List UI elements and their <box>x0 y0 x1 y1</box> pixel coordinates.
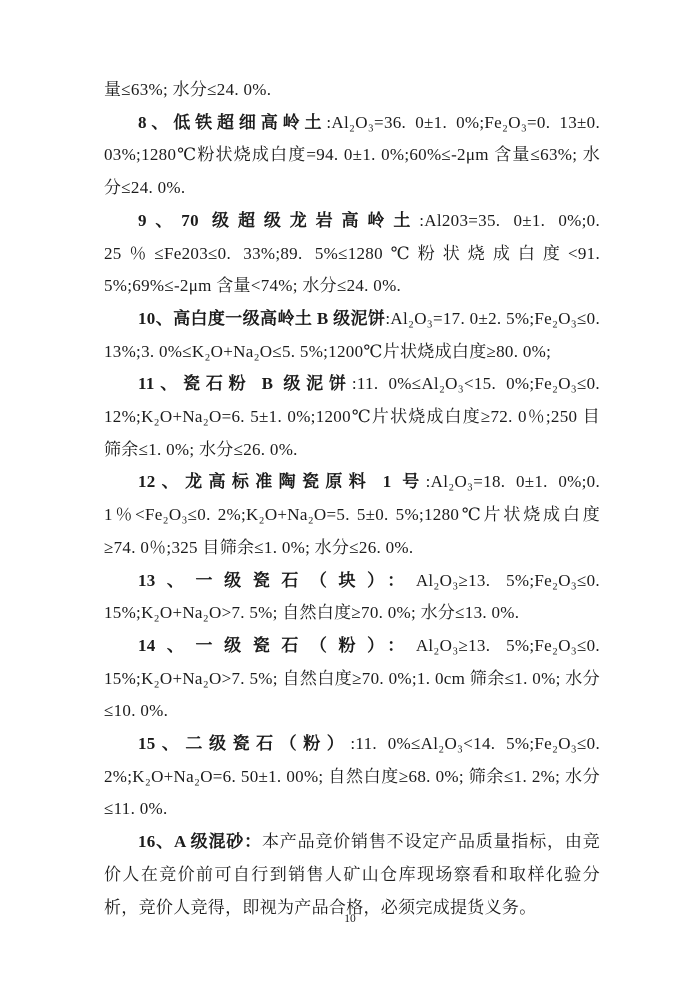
spec-item-9: 9、70 级超级龙岩高岭土:Al203=35. 0±1. 0%;0. 25％≤F… <box>104 205 600 303</box>
paragraph-text: 量≤63%; 水分≤24. 0%. <box>104 80 271 99</box>
item-lead: 14、一级瓷石（粉）： <box>138 636 416 655</box>
spec-item-12: 12、龙高标准陶瓷原料 1 号:Al₂O₃=18. 0±1. 0%;0. 1％<… <box>104 466 600 564</box>
document-page: 量≤63%; 水分≤24. 0%. 8、低铁超细高岭土:Al₂O₃=36. 0±… <box>0 0 700 990</box>
item-lead: 8、低铁超细高岭土 <box>138 113 326 132</box>
spec-item-15: 15、二级瓷石（粉）:11. 0%≤Al₂O₃<14. 5%;Fe₂O₃≤0. … <box>104 728 600 826</box>
spec-item-13: 13、一级瓷石（块）：Al₂O₃≥13. 5%;Fe₂O₃≤0. 15%;K₂O… <box>104 565 600 630</box>
spec-item-16: 16、A 级混砂：本产品竞价销售不设定产品质量指标，由竞价人在竞价前可自行到销售… <box>104 826 600 924</box>
item-lead: 13、一级瓷石（块）： <box>138 571 416 590</box>
item-lead: 15、二级瓷石（粉） <box>138 734 350 753</box>
spec-item-14: 14、一级瓷石（粉）：Al₂O₃≥13. 5%;Fe₂O₃≤0. 15%;K₂O… <box>104 630 600 728</box>
item-lead: 10、高白度一级高岭土 B 级泥饼 <box>138 309 385 328</box>
item-lead: 11、瓷石粉 B 级泥饼 <box>138 374 352 393</box>
spec-item-8: 8、低铁超细高岭土:Al₂O₃=36. 0±1. 0%;Fe₂O₃=0. 13±… <box>104 107 600 205</box>
spec-item-10: 10、高白度一级高岭土 B 级泥饼:Al₂O₃=17. 0±2. 5%;Fe₂O… <box>104 303 600 368</box>
item-lead: 12、龙高标准陶瓷原料 1 号 <box>138 472 426 491</box>
item-lead: 9、70 级超级龙岩高岭土 <box>138 211 419 230</box>
item-lead: 16、A 级混砂： <box>138 832 262 851</box>
paragraph-continuation: 量≤63%; 水分≤24. 0%. <box>104 74 600 107</box>
document-body: 量≤63%; 水分≤24. 0%. 8、低铁超细高岭土:Al₂O₃=36. 0±… <box>104 74 600 924</box>
page-number: 10 <box>0 913 700 925</box>
spec-item-11: 11、瓷石粉 B 级泥饼:11. 0%≤Al₂O₃<15. 0%;Fe₂O₃≤0… <box>104 368 600 466</box>
